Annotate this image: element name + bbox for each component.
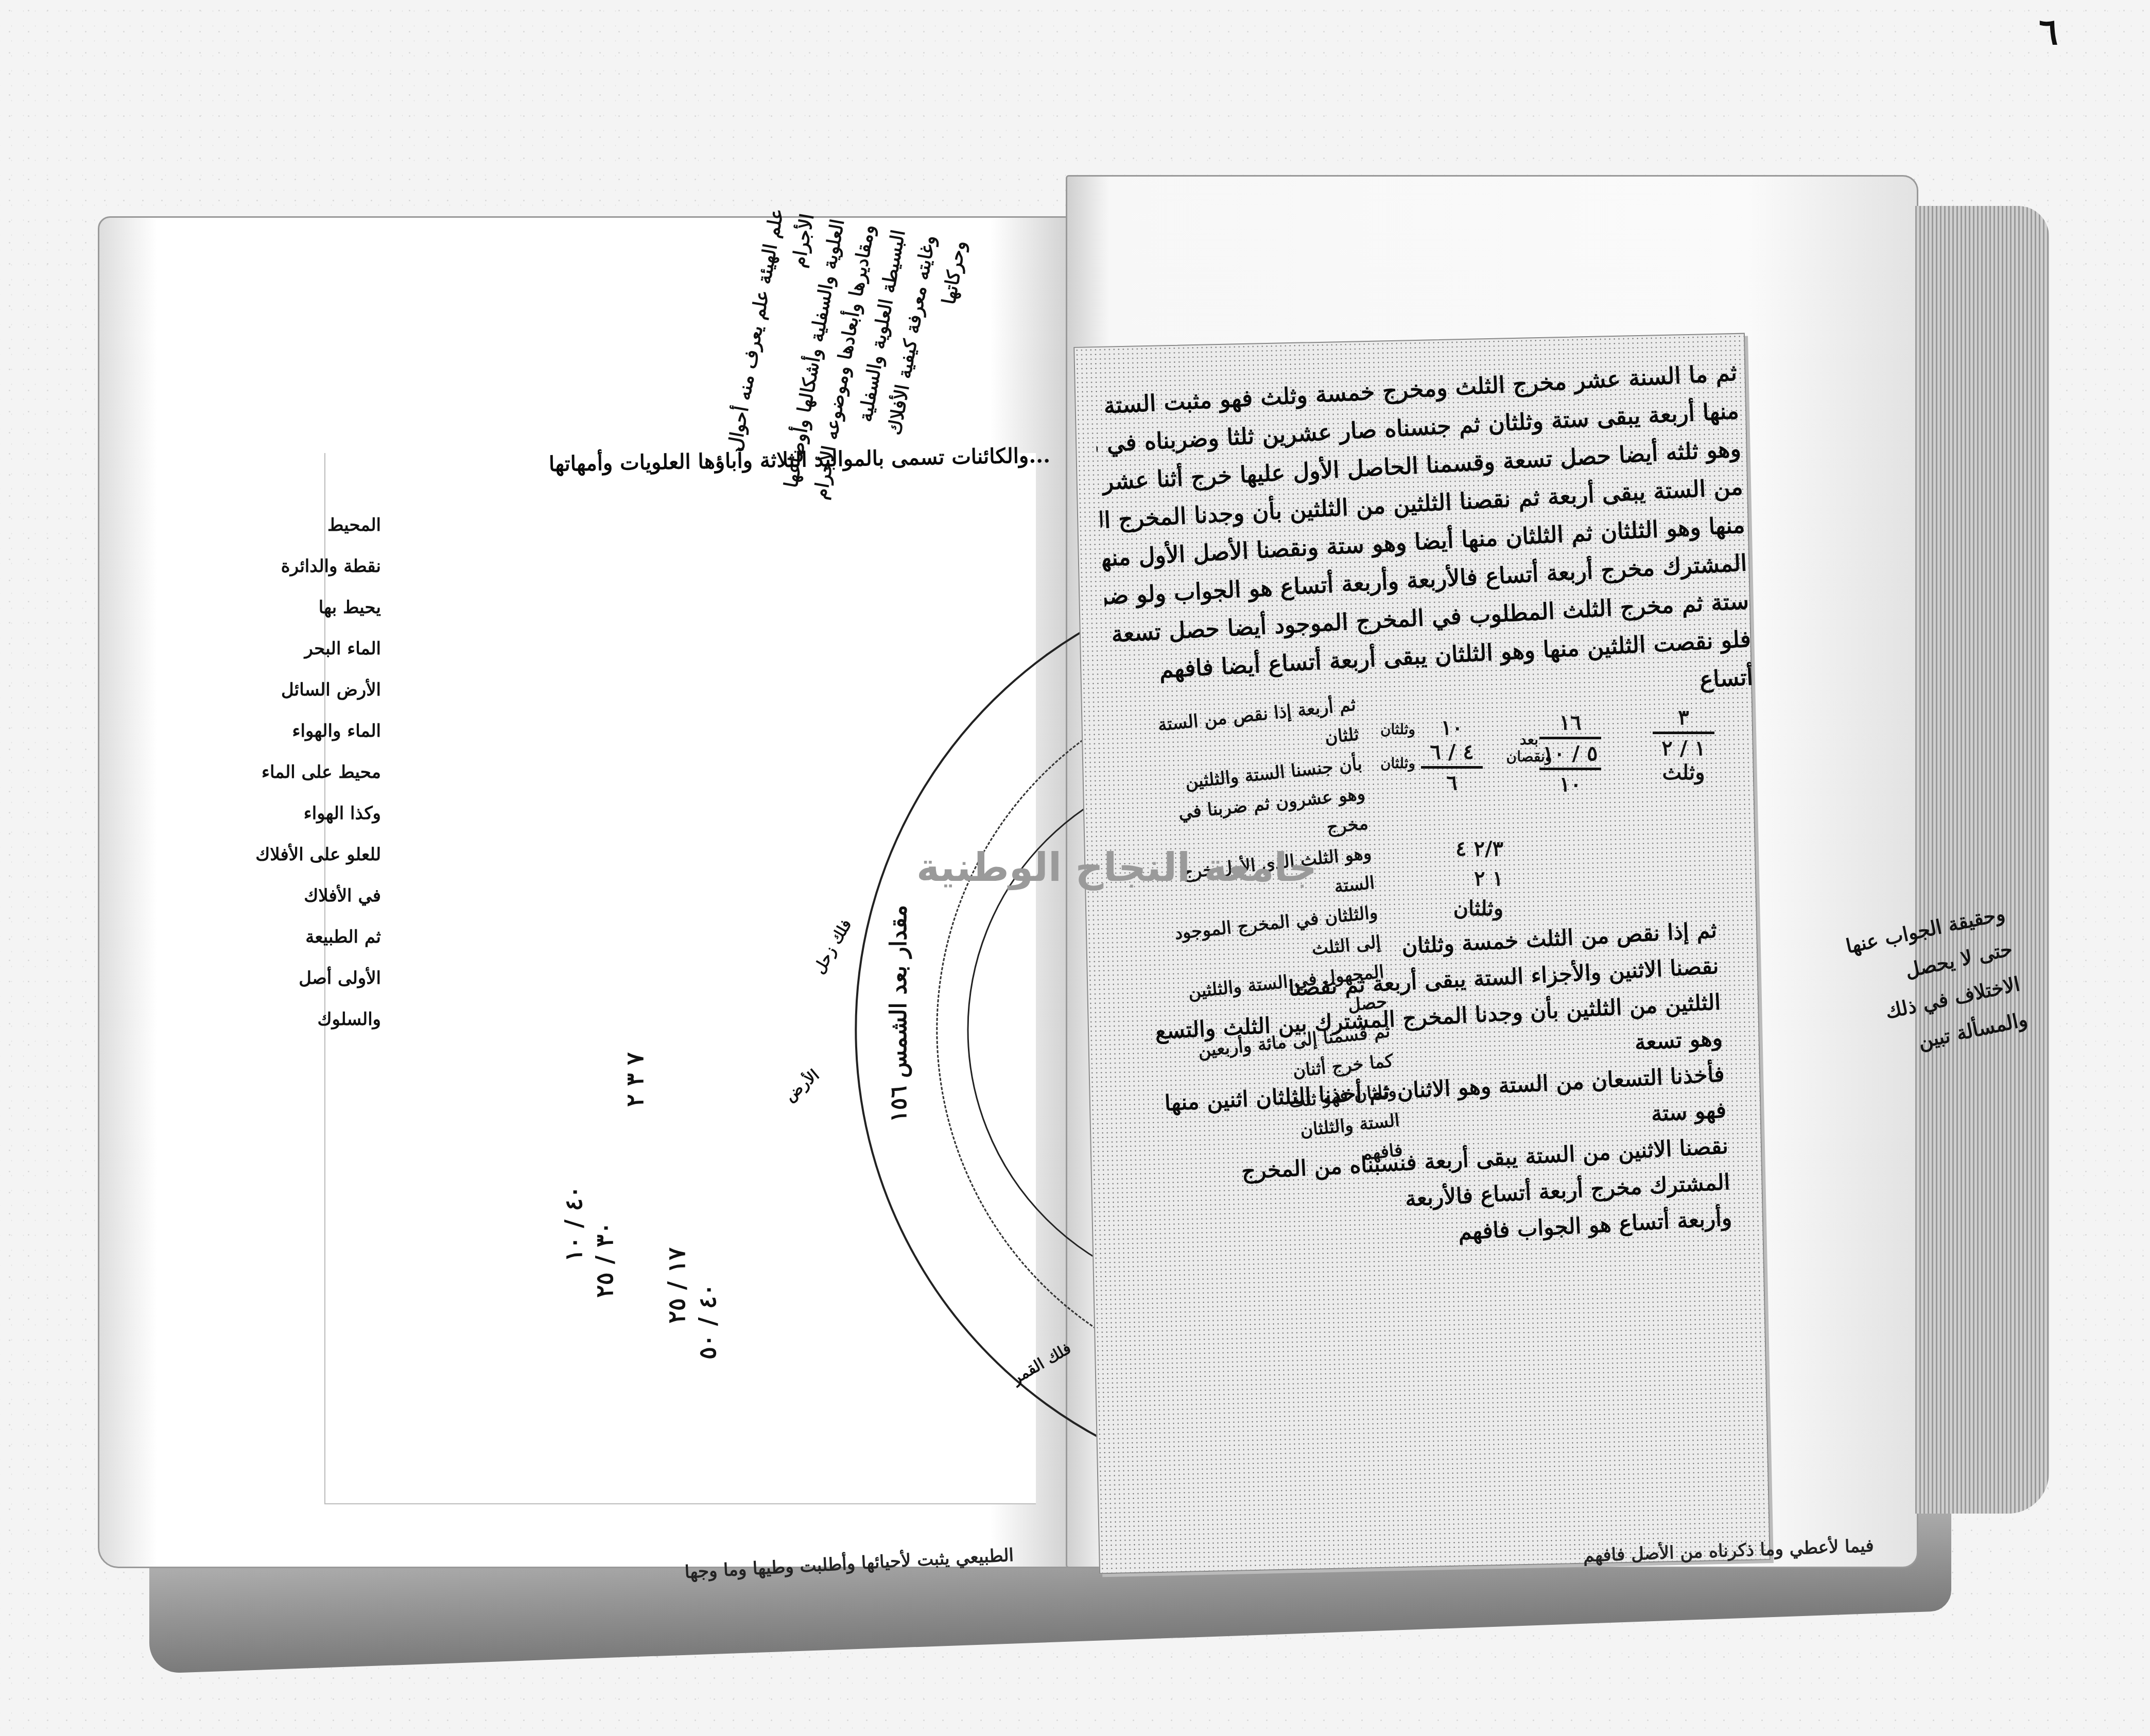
watermark: جامعة النجاح الوطنية: [916, 844, 1317, 890]
margin-line: للعلو على الأفلاك: [216, 834, 381, 875]
margin-line: الماء البحر: [216, 628, 381, 669]
number-line: ١ ٢: [1390, 864, 1503, 894]
left-fraction-1: ٤٠ / ١٠: [560, 1186, 587, 1262]
left-number-line: ٧ ٣ ٢: [621, 1052, 649, 1107]
margin-line: نقطة والدائرة: [216, 546, 381, 587]
fractions-table: ٣ ١ / ٢ وثلث ١٦ ٥ / ١٠ ١٠ بعد ونقصان ١٠ …: [1364, 705, 1725, 829]
fraction-col-2-labels: بعد ونقصان: [1503, 731, 1555, 765]
slip-lower-paragraph: ثم إذا نقص من الثلث خمسة وثلثان نقصنا ال…: [1150, 912, 1732, 1266]
left-page-text-area: [324, 453, 1036, 1504]
margin-line: ثم الطبيعة: [216, 916, 381, 958]
fraction-bottom: ١٠: [1539, 772, 1601, 796]
fraction-col-3: ١٠ ٤ / ٦ ٦: [1421, 716, 1483, 795]
slip-main-text: ثم ما السنة عشر مخرج الثلث ومخرج خمسة وث…: [1093, 354, 1754, 731]
fraction-label: وثلثان: [1380, 755, 1415, 772]
fraction-bottom: ٦: [1421, 771, 1483, 795]
fraction-top: ٣: [1653, 705, 1714, 730]
margin-line: الأولى أصل: [216, 958, 381, 999]
fraction-col-1: ٣ ١ / ٢ وثلث: [1653, 705, 1714, 785]
margin-line: والسلوك: [216, 999, 381, 1040]
fraction-mid: ١ / ٢: [1653, 736, 1714, 760]
margin-line: الماء والهواء: [216, 710, 381, 752]
margin-line: المحيط: [216, 505, 381, 546]
left-fraction-2: ١٧ / ٢٥: [663, 1247, 690, 1324]
fraction-col-3-labels: وثلثان وثلثان: [1369, 721, 1426, 772]
fraction-top: ١٠: [1421, 716, 1483, 740]
corner-page-mark: ٦: [2039, 10, 2058, 53]
fraction-label: بعد: [1520, 731, 1538, 748]
number-line: ٢/٣ ٤: [1390, 834, 1503, 864]
fraction-label: ونقصان: [1506, 748, 1552, 765]
number-line: وثلثان: [1390, 894, 1503, 924]
mid-numbers: ٢/٣ ٤ ١ ٢ وثلثان: [1390, 834, 1503, 924]
margin-line: محيط على الماء: [216, 752, 381, 793]
left-fraction-2-label: ٤٠ / ٥٠: [693, 1283, 721, 1360]
left-fraction-1-label: ٣٠ / ٢٥: [591, 1222, 618, 1298]
margin-line: يحيط بها: [216, 587, 381, 628]
fraction-label: وثلث: [1653, 760, 1714, 785]
margin-line: في الأفلاك: [216, 875, 381, 916]
fraction-bar: [1539, 768, 1601, 770]
margin-line: الأرض السائل: [216, 669, 381, 710]
page-fore-edge: [1915, 206, 2049, 1514]
fraction-mid: ٤ / ٦: [1421, 740, 1483, 764]
left-margin-column: المحيط نقطة والدائرة يحيط بها الماء البح…: [216, 505, 381, 1040]
fraction-bar: [1421, 766, 1483, 769]
margin-line: وكذا الهواء: [216, 793, 381, 834]
diagram-rotated-label: مقدار بعد الشمس ١٥٦: [886, 905, 912, 1122]
fraction-bar: [1653, 732, 1714, 734]
fraction-label: وثلثان: [1380, 721, 1415, 738]
